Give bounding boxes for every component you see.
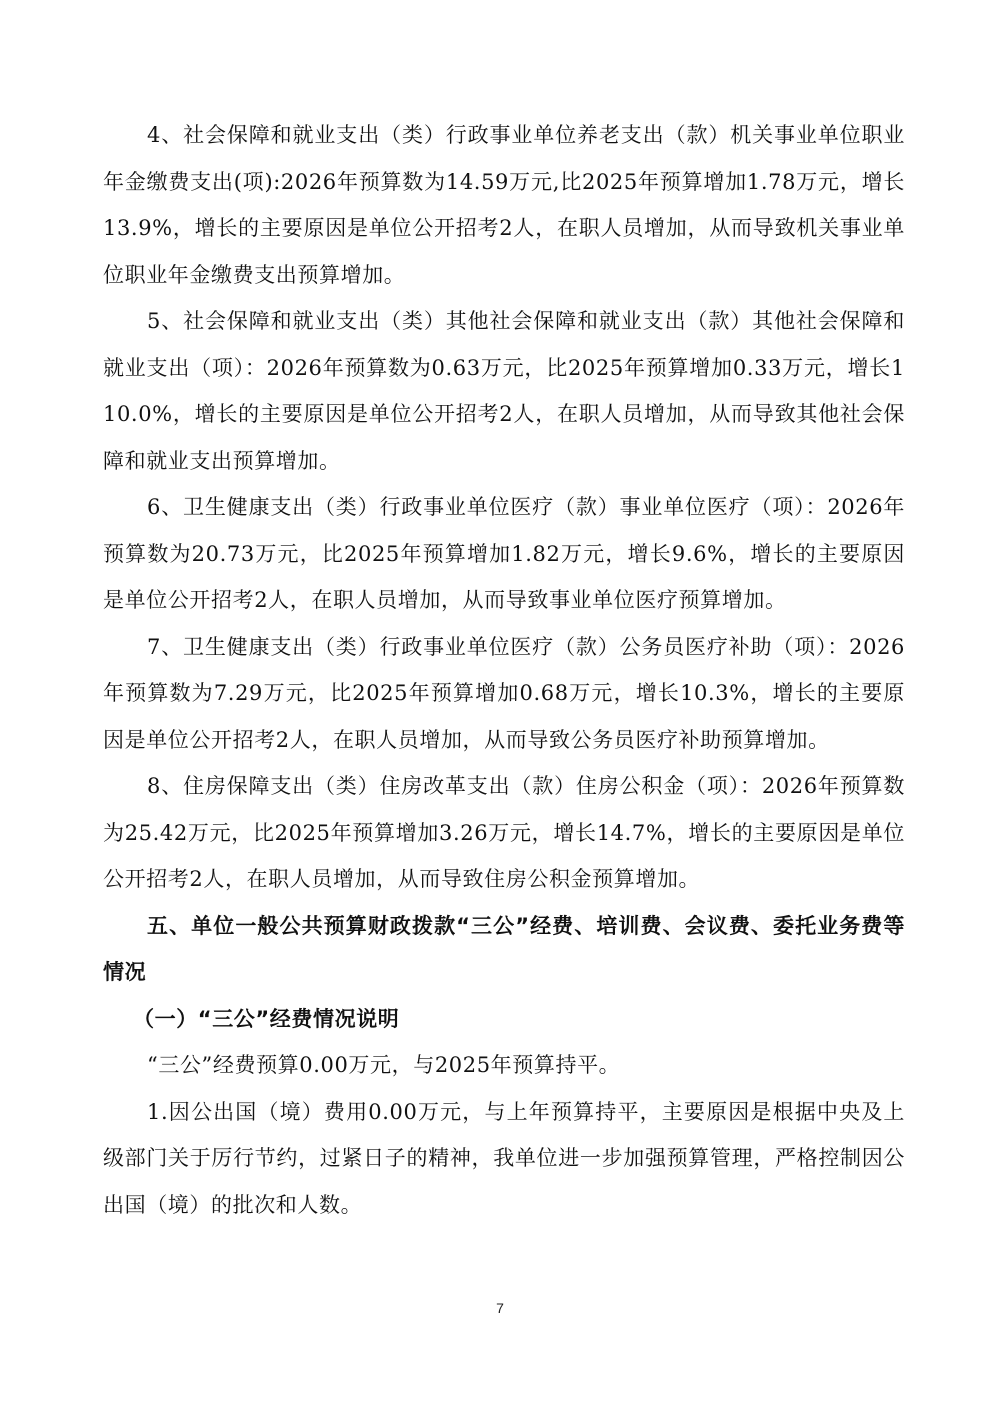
section-heading-three-public-expenses: 五、单位一般公共预算财政拨款“三公”经费、培训费、会议费、委托业务费等情况	[103, 903, 905, 996]
document-page: 4、社会保障和就业支出（类）行政事业单位养老支出（款）机关事业单位职业年金缴费支…	[103, 112, 905, 1228]
paragraph-other-social-security: 5、社会保障和就业支出（类）其他社会保障和就业支出（款）其他社会保障和就业支出（…	[103, 298, 905, 484]
subsection-heading-three-public-explanation: （一）“三公”经费情况说明	[103, 996, 905, 1043]
paragraph-institution-medical: 6、卫生健康支出（类）行政事业单位医疗（款）事业单位医疗（项）：2026年预算数…	[103, 484, 905, 624]
paragraph-civil-servant-medical: 7、卫生健康支出（类）行政事业单位医疗（款）公务员医疗补助（项）：2026年预算…	[103, 624, 905, 764]
page-number: 7	[0, 1300, 1000, 1316]
paragraph-overseas-travel: 1.因公出国（境）费用0.00万元，与上年预算持平，主要原因是根据中央及上级部门…	[103, 1089, 905, 1229]
paragraph-housing-fund: 8、住房保障支出（类）住房改革支出（款）住房公积金（项）：2026年预算数为25…	[103, 763, 905, 903]
paragraph-three-public-budget: “三公”经费预算0.00万元，与2025年预算持平。	[103, 1042, 905, 1089]
paragraph-pension-annuity: 4、社会保障和就业支出（类）行政事业单位养老支出（款）机关事业单位职业年金缴费支…	[103, 112, 905, 298]
